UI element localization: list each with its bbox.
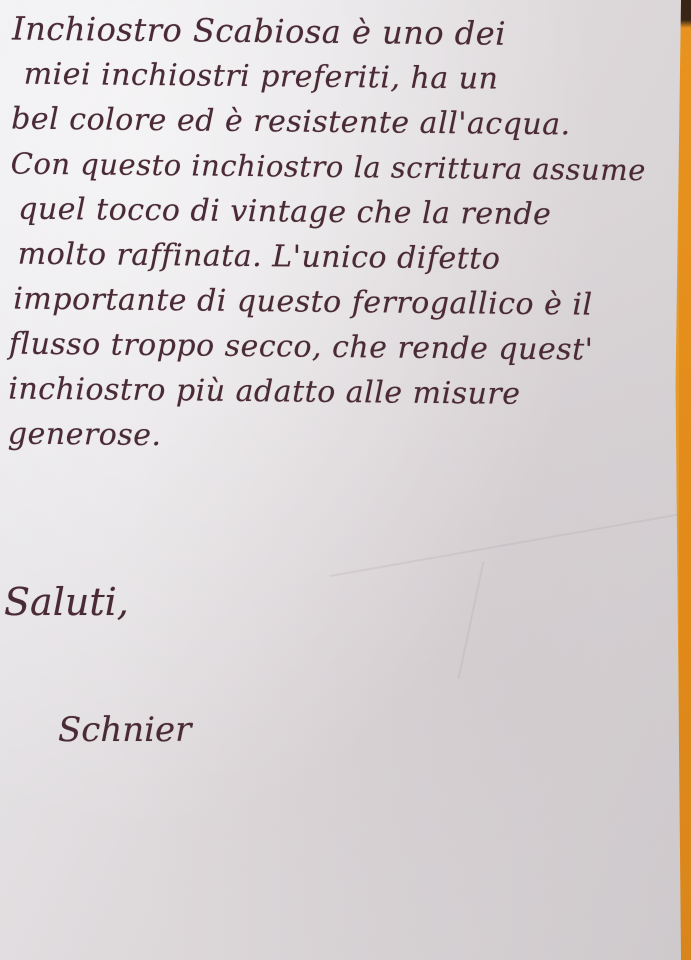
orange-background-edge [679, 0, 691, 960]
letter-line: inchiostro più adatto alle misure [8, 367, 673, 419]
letter-line: Con questo inchiostro la scrittura assum… [10, 142, 675, 194]
paper-sheet: Inchiostro Scabiosa è uno dei miei inchi… [0, 0, 681, 960]
letter-line: molto raffinata. L'unico difetto [10, 232, 675, 284]
letter-line: Inchiostro Scabiosa è uno dei [12, 7, 677, 59]
letter-line: generose. [8, 412, 673, 464]
letter-line: miei inchiostri preferiti, ha un [11, 52, 676, 104]
letter-line: quel tocco di vintage che la rende [10, 187, 675, 239]
letter-line: bel colore ed è resistente all'acqua. [11, 97, 676, 149]
letter-line: flusso troppo secco, che rende quest' [9, 322, 674, 374]
letter-closing: Saluti, [4, 580, 129, 624]
letter-body: Inchiostro Scabiosa è uno dei miei inchi… [8, 7, 678, 464]
paper-crease [330, 513, 685, 577]
paper-crease [458, 561, 485, 679]
letter-signature: Schnier [58, 710, 191, 750]
letter-line: importante di questo ferrogallico è il [9, 277, 674, 329]
